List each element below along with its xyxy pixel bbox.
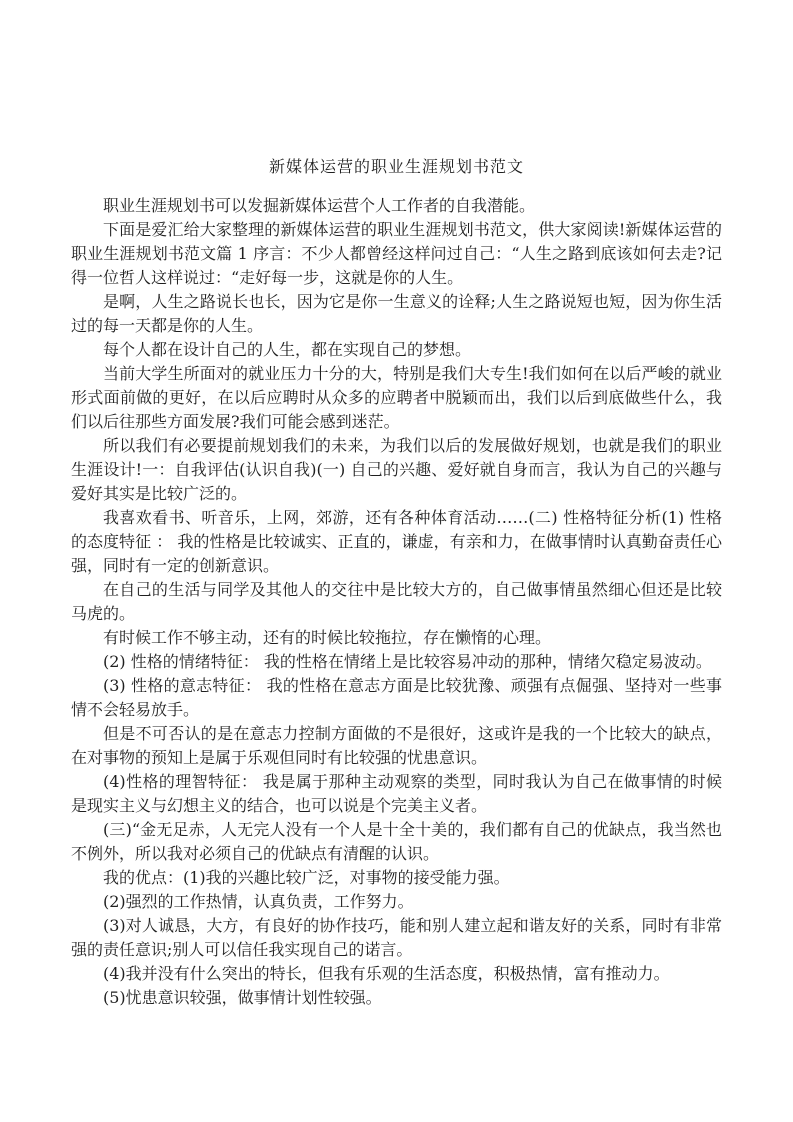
paragraph: (5)忧患意识较强，做事情计划性较强。 [71,986,722,1010]
paragraph: (三)“金无足赤，人无完人没有一个人是十全十美的，我们都有自己的优缺点，我当然也… [71,818,722,866]
paragraph: 我的优点：(1)我的兴趣比较广泛，对事物的接受能力强。 [71,866,722,890]
paragraph: 在自己的生活与同学及其他人的交往中是比较大方的，自己做事情虽然细心但还是比较马虎… [71,578,722,626]
paragraph: (4)我并没有什么突出的特长，但我有乐观的生活态度，积极热情，富有推动力。 [71,962,722,986]
paragraph: (2) 性格的情绪特征： 我的性格在情绪上是比较容易冲动的那种，情绪欠稳定易波动… [71,650,722,674]
document-title: 新媒体运营的职业生涯规划书范文 [71,155,722,179]
paragraph: 是啊，人生之路说长也长，因为它是你一生意义的诠释;人生之路说短也短，因为你生活过… [71,290,722,338]
paragraph: 职业生涯规划书可以发掘新媒体运营个人工作者的自我潜能。 [71,194,722,218]
paragraph: (3) 性格的意志特征： 我的性格在意志方面是比较犹豫、顽强有点倔强、坚持对一些… [71,674,722,722]
paragraph: 有时候工作不够主动，还有的时候比较拖拉，存在懒惰的心理。 [71,626,722,650]
document-body: 职业生涯规划书可以发掘新媒体运营个人工作者的自我潜能。下面是爱汇给大家整理的新媒… [71,194,722,1010]
document-page: 新媒体运营的职业生涯规划书范文 职业生涯规划书可以发掘新媒体运营个人工作者的自我… [0,0,793,1122]
paragraph: 我喜欢看书、听音乐，上网，郊游，还有各种体育活动……(二) 性格特征分析(1) … [71,506,722,578]
paragraph: 当前大学生所面对的就业压力十分的大，特别是我们大专生!我们如何在以后严峻的就业形… [71,362,722,434]
paragraph: 每个人都在设计自己的人生，都在实现自己的梦想。 [71,338,722,362]
paragraph: (2)强烈的工作热情，认真负责，工作努力。 [71,890,722,914]
paragraph: (4)性格的理智特征： 我是属于那种主动观察的类型，同时我认为自己在做事情的时候… [71,770,722,818]
paragraph: 下面是爱汇给大家整理的新媒体运营的职业生涯规划书范文，供大家阅读!新媒体运营的职… [71,218,722,290]
paragraph: 但是不可否认的是在意志力控制方面做的不是很好，这或许是我的一个比较大的缺点，在对… [71,722,722,770]
paragraph: 所以我们有必要提前规划我们的未来，为我们以后的发展做好规划，也就是我们的职业生涯… [71,434,722,506]
paragraph: (3)对人诚恳，大方，有良好的协作技巧，能和别人建立起和谐友好的关系，同时有非常… [71,914,722,962]
